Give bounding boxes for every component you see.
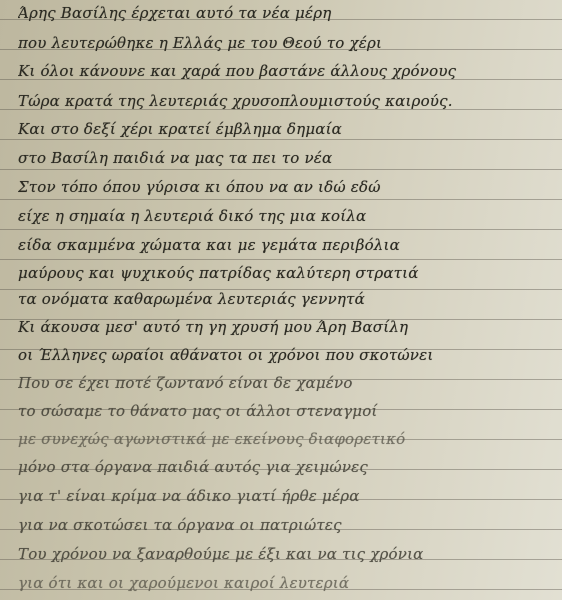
manuscript-page: Άρης Βασίλης έρχεται αυτό τα νέα μέρη πο… (0, 0, 562, 600)
manuscript-line-1: Άρης Βασίλης έρχεται αυτό τα νέα μέρη (18, 4, 554, 22)
manuscript-line-21: για ότι και οι χαρούμενοι καιροί λευτερι… (18, 574, 554, 592)
manuscript-line-9: είδα σκαμμένα χώματα και με γεμάτα περιβ… (18, 236, 554, 254)
manuscript-line-16: με συνεχώς αγωνιστικά με εκείνους διαφορ… (18, 430, 554, 448)
manuscript-line-17: μόνο στα όργανα παιδιά αυτός για χειμώνε… (18, 458, 554, 476)
manuscript-line-8: είχε η σημαία η λευτεριά δικό της μια κο… (18, 207, 554, 225)
manuscript-line-18: για τ' είναι κρίμα να άδικο γιατί ήρθε μ… (18, 487, 554, 505)
manuscript-line-4: Τώρα κρατά της λευτεριάς χρυσοπλουμιστού… (18, 92, 554, 110)
manuscript-line-10: μαύρους και ψυχικούς πατρίδας καλύτερη σ… (18, 264, 554, 282)
manuscript-line-13: οι Έλληνες ωραίοι αθάνατοι οι χρόνοι που… (18, 346, 554, 364)
manuscript-line-12: Κι άκουσα μεσ' αυτό τη γη χρυσή μου Άρη … (18, 318, 554, 336)
manuscript-line-11: τα ονόματα καθαρωμένα λευτεριάς γεννητά (18, 290, 554, 308)
manuscript-line-5: Και στο δεξί χέρι κρατεί έμβλημα δημαία (18, 120, 554, 138)
manuscript-line-6: στο Βασίλη παιδιά να μας τα πει το νέα (18, 149, 554, 167)
manuscript-line-7: Στον τόπο όπου γύρισα κι όπου να αν ιδώ … (18, 178, 554, 196)
manuscript-line-20: Του χρόνου να ξαναρθούμε με έξι και να τ… (18, 545, 554, 563)
manuscript-line-15: το σώσαμε το θάνατο μας οι άλλοι στεναγμ… (18, 402, 554, 420)
manuscript-line-19: για να σκοτώσει τα όργανα οι πατριώτες (18, 516, 554, 534)
manuscript-line-3: Κι όλοι κάνουνε και χαρά που βαστάνε άλλ… (18, 62, 554, 80)
manuscript-line-2: που λευτερώθηκε η Ελλάς με του Θεού το χ… (18, 34, 554, 52)
manuscript-line-14: Που σε έχει ποτέ ζωντανό είναι δε χαμένο (18, 374, 554, 392)
